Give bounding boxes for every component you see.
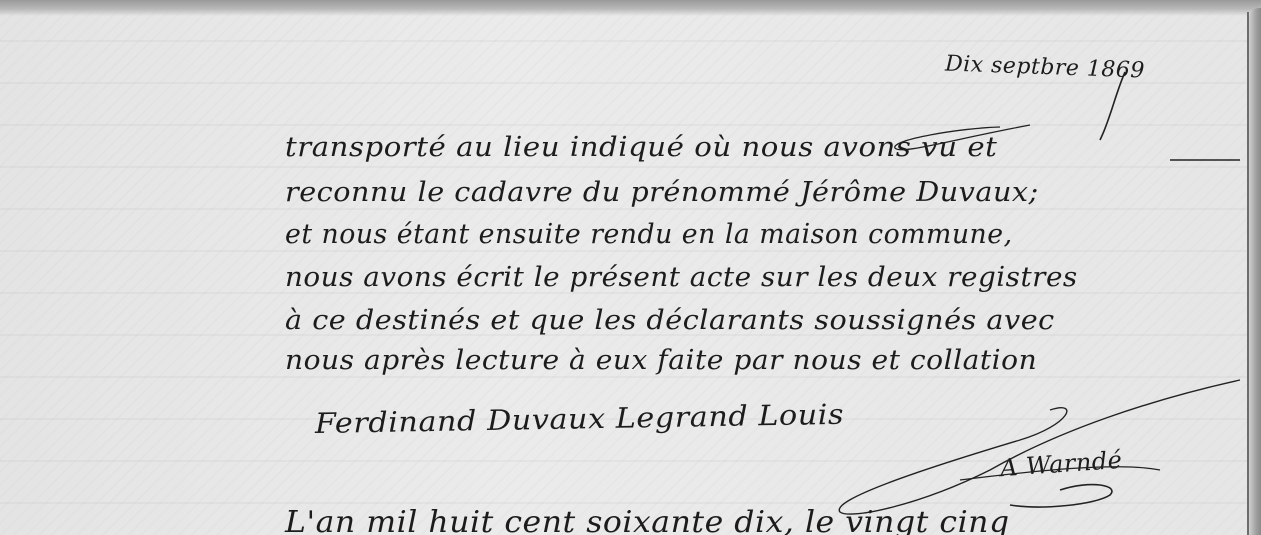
body-line-1: transporté au lieu indiqué où nous avons… bbox=[285, 132, 997, 163]
body-line-3: et nous étant ensuite rendu en la maison… bbox=[285, 219, 1013, 250]
body-line-6: nous après lecture à eux faite par nous … bbox=[285, 345, 1037, 376]
witness-signatures: Ferdinand Duvaux Legrand Louis bbox=[315, 398, 845, 440]
body-line-4: nous avons écrit le présent acte sur les… bbox=[285, 262, 1078, 293]
register-page: Dix septbre 1869 transporté au lieu indi… bbox=[0, 0, 1261, 535]
margin-date-note: Dix septbre 1869 bbox=[945, 52, 1146, 84]
page-right-border-line bbox=[1247, 12, 1249, 535]
officer-signature: A Warndé bbox=[999, 446, 1123, 482]
body-line-5: à ce destinés et que les déclarants sous… bbox=[285, 305, 1055, 336]
body-line-2: reconnu le cadavre du prénommé Jérôme Du… bbox=[285, 177, 1039, 208]
next-entry-opening: L'an mil huit cent soixante dix, le ving… bbox=[285, 505, 1010, 535]
page-right-edge bbox=[1249, 8, 1261, 535]
page-top-edge-shadow bbox=[0, 0, 1261, 16]
